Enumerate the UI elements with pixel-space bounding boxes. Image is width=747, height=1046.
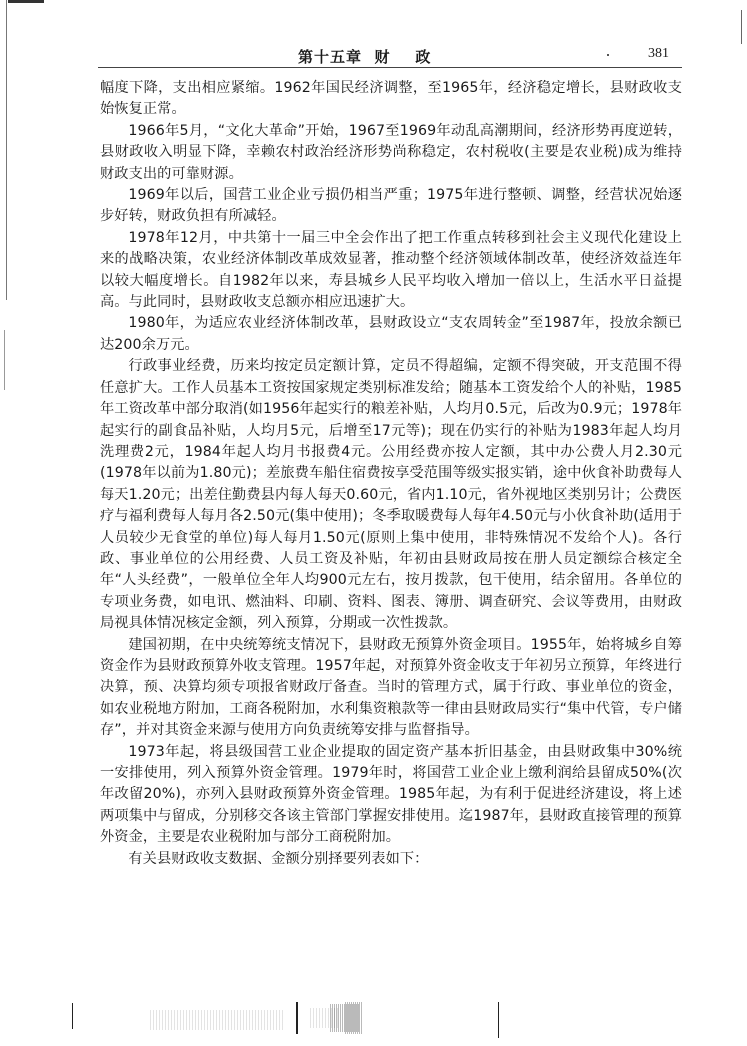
paragraph: 1973年起，将县级国营工业企业提取的固定资产基本折旧基金，由县财政集中30%统… bbox=[100, 742, 682, 849]
paragraph: 1966年5月，“文化大革命”开始，1967至1969年动乱高潮期间，经济形势再… bbox=[100, 121, 682, 185]
page-number: 381 bbox=[648, 46, 669, 62]
paragraph: 建国初期，在中央统筹统支情况下，县财政无预算外资金项目。1955年，始将城乡自筹… bbox=[100, 635, 682, 742]
scan-top-mark bbox=[8, 0, 44, 3]
paragraph: 1980年，为适应农业经济体制改革，县财政设立“支农周转金”至1987年，投放余… bbox=[100, 313, 682, 356]
paragraph: 行政事业经费，历来均按定员定额计算，定员不得超编，定额不得突破，开支范围不得任意… bbox=[100, 356, 682, 634]
scan-speck bbox=[607, 54, 609, 56]
scan-line bbox=[498, 1002, 499, 1038]
scan-line bbox=[72, 1003, 73, 1029]
scan-edge-left bbox=[6, 0, 7, 300]
header-rule bbox=[98, 67, 682, 68]
scan-edge-right bbox=[741, 10, 742, 44]
body-text: 幅度下降，支出相应紧缩。1962年国民经济调整，至1965年，经济稳定增长，县财… bbox=[100, 78, 682, 870]
chapter-title: 第十五章 财 政 bbox=[298, 46, 431, 67]
running-head: 第十五章 财 政 381 bbox=[100, 46, 680, 64]
scan-line bbox=[296, 1002, 298, 1034]
paragraph: 1969年以后，国营工业企业亏损仍相当严重；1975年进行整顿、调整，经营状况始… bbox=[100, 185, 682, 228]
scan-bottom-artifacts bbox=[0, 1000, 747, 1046]
scan-noise bbox=[150, 1010, 285, 1030]
scan-noise bbox=[345, 1002, 363, 1034]
paragraph: 幅度下降，支出相应紧缩。1962年国民经济调整，至1965年，经济稳定增长，县财… bbox=[100, 78, 682, 121]
scan-edge-left-lower bbox=[4, 330, 5, 390]
paragraph: 有关县财政收支数据、金额分别择要列表如下： bbox=[100, 849, 682, 870]
paragraph: 1978年12月，中共第十一届三中全会作出了把工作重点转移到社会主义现代化建设上… bbox=[100, 228, 682, 314]
